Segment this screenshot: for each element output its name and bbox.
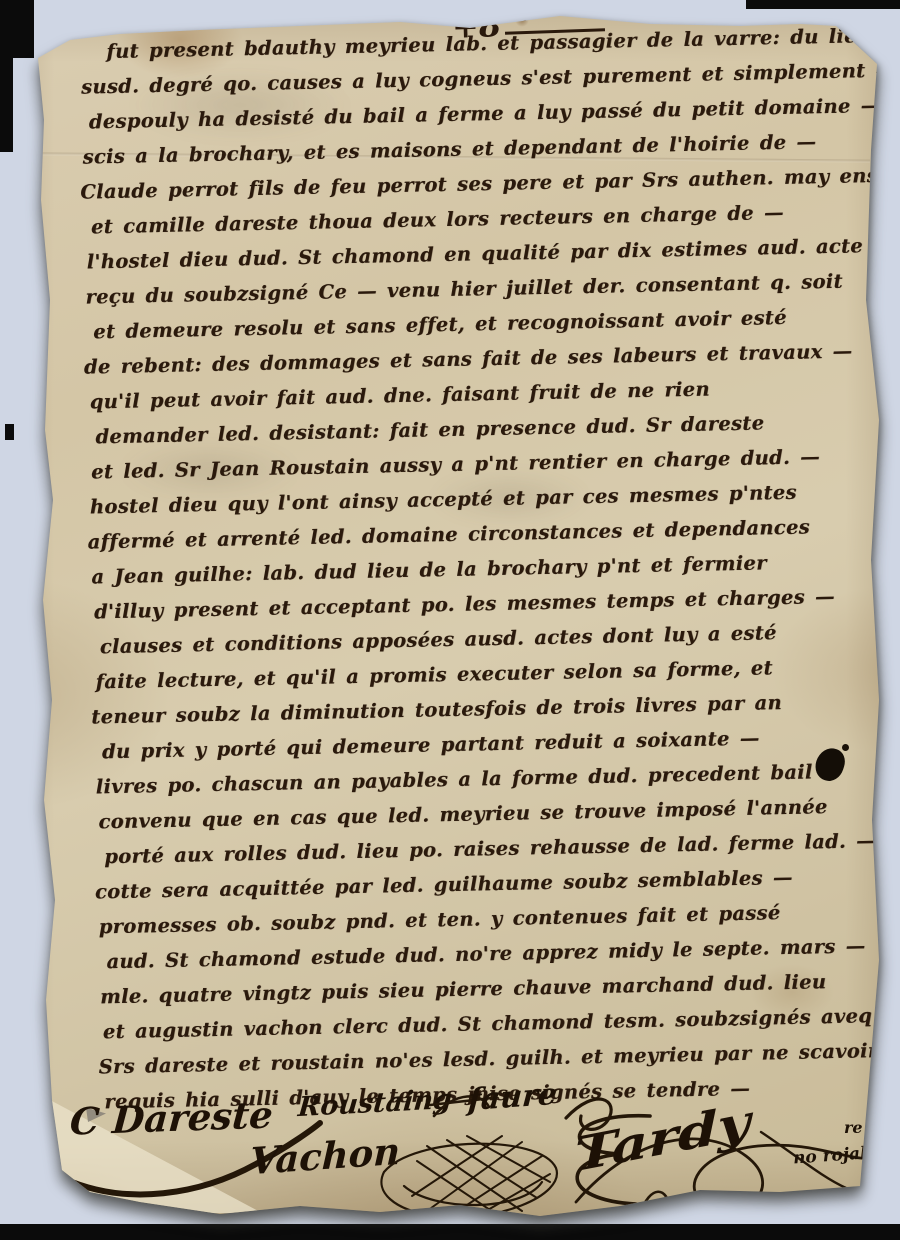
manuscript-text-block: fut present bdauthy meyrieu lab. et pass… <box>80 18 900 1120</box>
brown-stain-dot <box>521 15 528 21</box>
notary-superscript: re <box>844 1118 863 1137</box>
paper-shadow-wrap: +8 fut present bdauthy meyrieu lab. et p… <box>0 0 900 1240</box>
manuscript-paper: +8 fut present bdauthy meyrieu lab. et p… <box>0 0 900 1240</box>
tardy-bottom-paraph <box>630 1168 890 1238</box>
scanned-manuscript-page: +8 fut present bdauthy meyrieu lab. et p… <box>0 0 900 1240</box>
